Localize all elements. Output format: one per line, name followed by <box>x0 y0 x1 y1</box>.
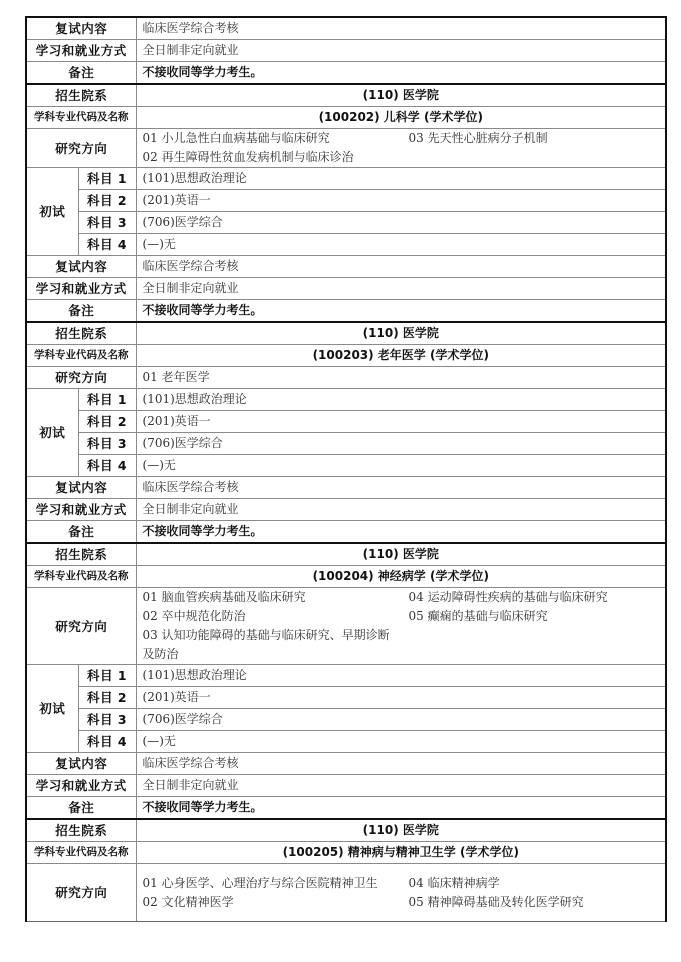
remarks-value: 不接收同等学力考生。 <box>136 797 666 820</box>
row-subject-1: 初试 科目 1 (101)思想政治理论 <box>26 389 666 411</box>
row-subject-1: 初试 科目 1 (101)思想政治理论 <box>26 168 666 190</box>
row-study-mode: 学习和就业方式 全日制非定向就业 <box>26 278 666 300</box>
retest-label: 复试内容 <box>26 753 136 775</box>
row-subject-2: 科目 2 (201)英语一 <box>26 687 666 709</box>
direction-item: 01 脑血管疾病基础及临床研究 <box>143 588 401 607</box>
row-retest: 复试内容 临床医学综合考核 <box>26 477 666 499</box>
subject-3-value: (706)医学综合 <box>136 709 666 731</box>
retest-value: 临床医学综合考核 <box>136 477 666 499</box>
subject-3-label: 科目 3 <box>78 212 136 234</box>
row-major: 学科专业代码及名称 (100203) 老年医学 (学术学位) <box>26 345 666 367</box>
research-direction-label: 研究方向 <box>26 864 136 922</box>
study-mode-value: 全日制非定向就业 <box>136 775 666 797</box>
major-label: 学科专业代码及名称 <box>26 566 136 588</box>
subject-4-label: 科目 4 <box>78 455 136 477</box>
subject-4-label: 科目 4 <box>78 731 136 753</box>
subject-4-value: (—)无 <box>136 234 666 256</box>
row-study-mode: 学习和就业方式 全日制非定向就业 <box>26 775 666 797</box>
row-retest: 复试内容 临床医学综合考核 <box>26 753 666 775</box>
direction-item: 02 再生障碍性贫血发病机制与临床诊治 <box>143 148 401 167</box>
major-label: 学科专业代码及名称 <box>26 107 136 129</box>
research-direction-value: 01 老年医学 <box>136 367 666 389</box>
row-subject-2: 科目 2 (201)英语一 <box>26 190 666 212</box>
department-label: 招生院系 <box>26 819 136 842</box>
major-value: (100203) 老年医学 (学术学位) <box>136 345 666 367</box>
direction-item: 05 精神障碍基础及转化医学研究 <box>409 893 660 912</box>
study-mode-value: 全日制非定向就业 <box>136 499 666 521</box>
row-study-mode: 学习和就业方式 全日制非定向就业 <box>26 40 666 62</box>
row-remarks: 备注 不接收同等学力考生。 <box>26 797 666 820</box>
direction-item: 01 小儿急性白血病基础与临床研究 <box>143 129 401 148</box>
row-remarks: 备注 不接收同等学力考生。 <box>26 300 666 323</box>
initial-exam-label: 初试 <box>26 168 78 256</box>
row-major: 学科专业代码及名称 (100205) 精神病与精神卫生学 (学术学位) <box>26 842 666 864</box>
study-mode-value: 全日制非定向就业 <box>136 40 666 62</box>
subject-2-value: (201)英语一 <box>136 411 666 433</box>
admission-catalog-page: 复试内容 临床医学综合考核 学习和就业方式 全日制非定向就业 备注 不接收同等学… <box>25 16 665 922</box>
remarks-label: 备注 <box>26 521 136 544</box>
program-table: 复试内容 临床医学综合考核 学习和就业方式 全日制非定向就业 备注 不接收同等学… <box>25 16 667 922</box>
major-value: (100202) 儿科学 (学术学位) <box>136 107 666 129</box>
research-direction-label: 研究方向 <box>26 588 136 665</box>
row-department: 招生院系 (110) 医学院 <box>26 543 666 566</box>
subject-1-value: (101)思想政治理论 <box>136 389 666 411</box>
major-label: 学科专业代码及名称 <box>26 345 136 367</box>
row-subject-3: 科目 3 (706)医学综合 <box>26 433 666 455</box>
department-value: (110) 医学院 <box>136 819 666 842</box>
department-value: (110) 医学院 <box>136 84 666 107</box>
direction-item: 03 先天性心脏病分子机制 <box>409 129 660 148</box>
row-research-direction: 研究方向 01 心身医学、心理治疗与综合医院精神卫生 02 文化精神医学 04 … <box>26 864 666 922</box>
direction-item: 01 心身医学、心理治疗与综合医院精神卫生 <box>143 874 401 893</box>
retest-label: 复试内容 <box>26 477 136 499</box>
row-research-direction: 研究方向 01 小儿急性白血病基础与临床研究 02 再生障碍性贫血发病机制与临床… <box>26 129 666 168</box>
subject-3-label: 科目 3 <box>78 709 136 731</box>
row-research-direction: 研究方向 01 老年医学 <box>26 367 666 389</box>
row-retest: 复试内容 临床医学综合考核 <box>26 256 666 278</box>
department-value: (110) 医学院 <box>136 322 666 345</box>
study-mode-label: 学习和就业方式 <box>26 499 136 521</box>
retest-value: 临床医学综合考核 <box>136 256 666 278</box>
department-value: (110) 医学院 <box>136 543 666 566</box>
retest-label: 复试内容 <box>26 17 136 40</box>
row-subject-4: 科目 4 (—)无 <box>26 455 666 477</box>
subject-2-label: 科目 2 <box>78 687 136 709</box>
remarks-value: 不接收同等学力考生。 <box>136 300 666 323</box>
row-research-direction: 研究方向 01 脑血管疾病基础及临床研究 02 卒中规范化防治 03 认知功能障… <box>26 588 666 665</box>
subject-2-value: (201)英语一 <box>136 190 666 212</box>
research-direction-label: 研究方向 <box>26 367 136 389</box>
subject-1-label: 科目 1 <box>78 168 136 190</box>
remarks-label: 备注 <box>26 797 136 820</box>
subject-1-label: 科目 1 <box>78 665 136 687</box>
row-major: 学科专业代码及名称 (100204) 神经病学 (学术学位) <box>26 566 666 588</box>
row-subject-2: 科目 2 (201)英语一 <box>26 411 666 433</box>
department-label: 招生院系 <box>26 84 136 107</box>
subject-4-value: (—)无 <box>136 455 666 477</box>
row-remarks: 备注 不接收同等学力考生。 <box>26 62 666 85</box>
study-mode-label: 学习和就业方式 <box>26 278 136 300</box>
direction-item: 02 文化精神医学 <box>143 893 401 912</box>
subject-1-label: 科目 1 <box>78 389 136 411</box>
major-value: (100204) 神经病学 (学术学位) <box>136 566 666 588</box>
retest-value: 临床医学综合考核 <box>136 753 666 775</box>
direction-item: 04 运动障碍性疾病的基础与临床研究 <box>409 588 660 607</box>
subject-4-value: (—)无 <box>136 731 666 753</box>
row-retest: 复试内容 临床医学综合考核 <box>26 17 666 40</box>
study-mode-value: 全日制非定向就业 <box>136 278 666 300</box>
subject-3-value: (706)医学综合 <box>136 212 666 234</box>
row-subject-1: 初试 科目 1 (101)思想政治理论 <box>26 665 666 687</box>
research-direction-label: 研究方向 <box>26 129 136 168</box>
subject-1-value: (101)思想政治理论 <box>136 665 666 687</box>
direction-item: 05 癫痫的基础与临床研究 <box>409 607 660 626</box>
subject-4-label: 科目 4 <box>78 234 136 256</box>
retest-label: 复试内容 <box>26 256 136 278</box>
subject-2-label: 科目 2 <box>78 190 136 212</box>
subject-3-value: (706)医学综合 <box>136 433 666 455</box>
subject-1-value: (101)思想政治理论 <box>136 168 666 190</box>
retest-value: 临床医学综合考核 <box>136 17 666 40</box>
row-department: 招生院系 (110) 医学院 <box>26 322 666 345</box>
research-direction-value: 01 小儿急性白血病基础与临床研究 02 再生障碍性贫血发病机制与临床诊治 03… <box>136 129 666 168</box>
row-subject-3: 科目 3 (706)医学综合 <box>26 212 666 234</box>
remarks-label: 备注 <box>26 62 136 85</box>
research-direction-value: 01 脑血管疾病基础及临床研究 02 卒中规范化防治 03 认知功能障碍的基础与… <box>136 588 666 665</box>
initial-exam-label: 初试 <box>26 389 78 477</box>
research-direction-value: 01 心身医学、心理治疗与综合医院精神卫生 02 文化精神医学 04 临床精神病… <box>136 864 666 922</box>
remarks-value: 不接收同等学力考生。 <box>136 521 666 544</box>
row-subject-4: 科目 4 (—)无 <box>26 731 666 753</box>
subject-2-value: (201)英语一 <box>136 687 666 709</box>
study-mode-label: 学习和就业方式 <box>26 40 136 62</box>
study-mode-label: 学习和就业方式 <box>26 775 136 797</box>
row-department: 招生院系 (110) 医学院 <box>26 84 666 107</box>
subject-2-label: 科目 2 <box>78 411 136 433</box>
row-department: 招生院系 (110) 医学院 <box>26 819 666 842</box>
remarks-label: 备注 <box>26 300 136 323</box>
major-label: 学科专业代码及名称 <box>26 842 136 864</box>
direction-item: 03 认知功能障碍的基础与临床研究、早期诊断及防治 <box>143 626 401 664</box>
major-value: (100205) 精神病与精神卫生学 (学术学位) <box>136 842 666 864</box>
row-subject-3: 科目 3 (706)医学综合 <box>26 709 666 731</box>
initial-exam-label: 初试 <box>26 665 78 753</box>
direction-item: 04 临床精神病学 <box>409 874 660 893</box>
department-label: 招生院系 <box>26 543 136 566</box>
row-major: 学科专业代码及名称 (100202) 儿科学 (学术学位) <box>26 107 666 129</box>
row-subject-4: 科目 4 (—)无 <box>26 234 666 256</box>
row-study-mode: 学习和就业方式 全日制非定向就业 <box>26 499 666 521</box>
remarks-value: 不接收同等学力考生。 <box>136 62 666 85</box>
department-label: 招生院系 <box>26 322 136 345</box>
direction-item: 02 卒中规范化防治 <box>143 607 401 626</box>
row-remarks: 备注 不接收同等学力考生。 <box>26 521 666 544</box>
subject-3-label: 科目 3 <box>78 433 136 455</box>
